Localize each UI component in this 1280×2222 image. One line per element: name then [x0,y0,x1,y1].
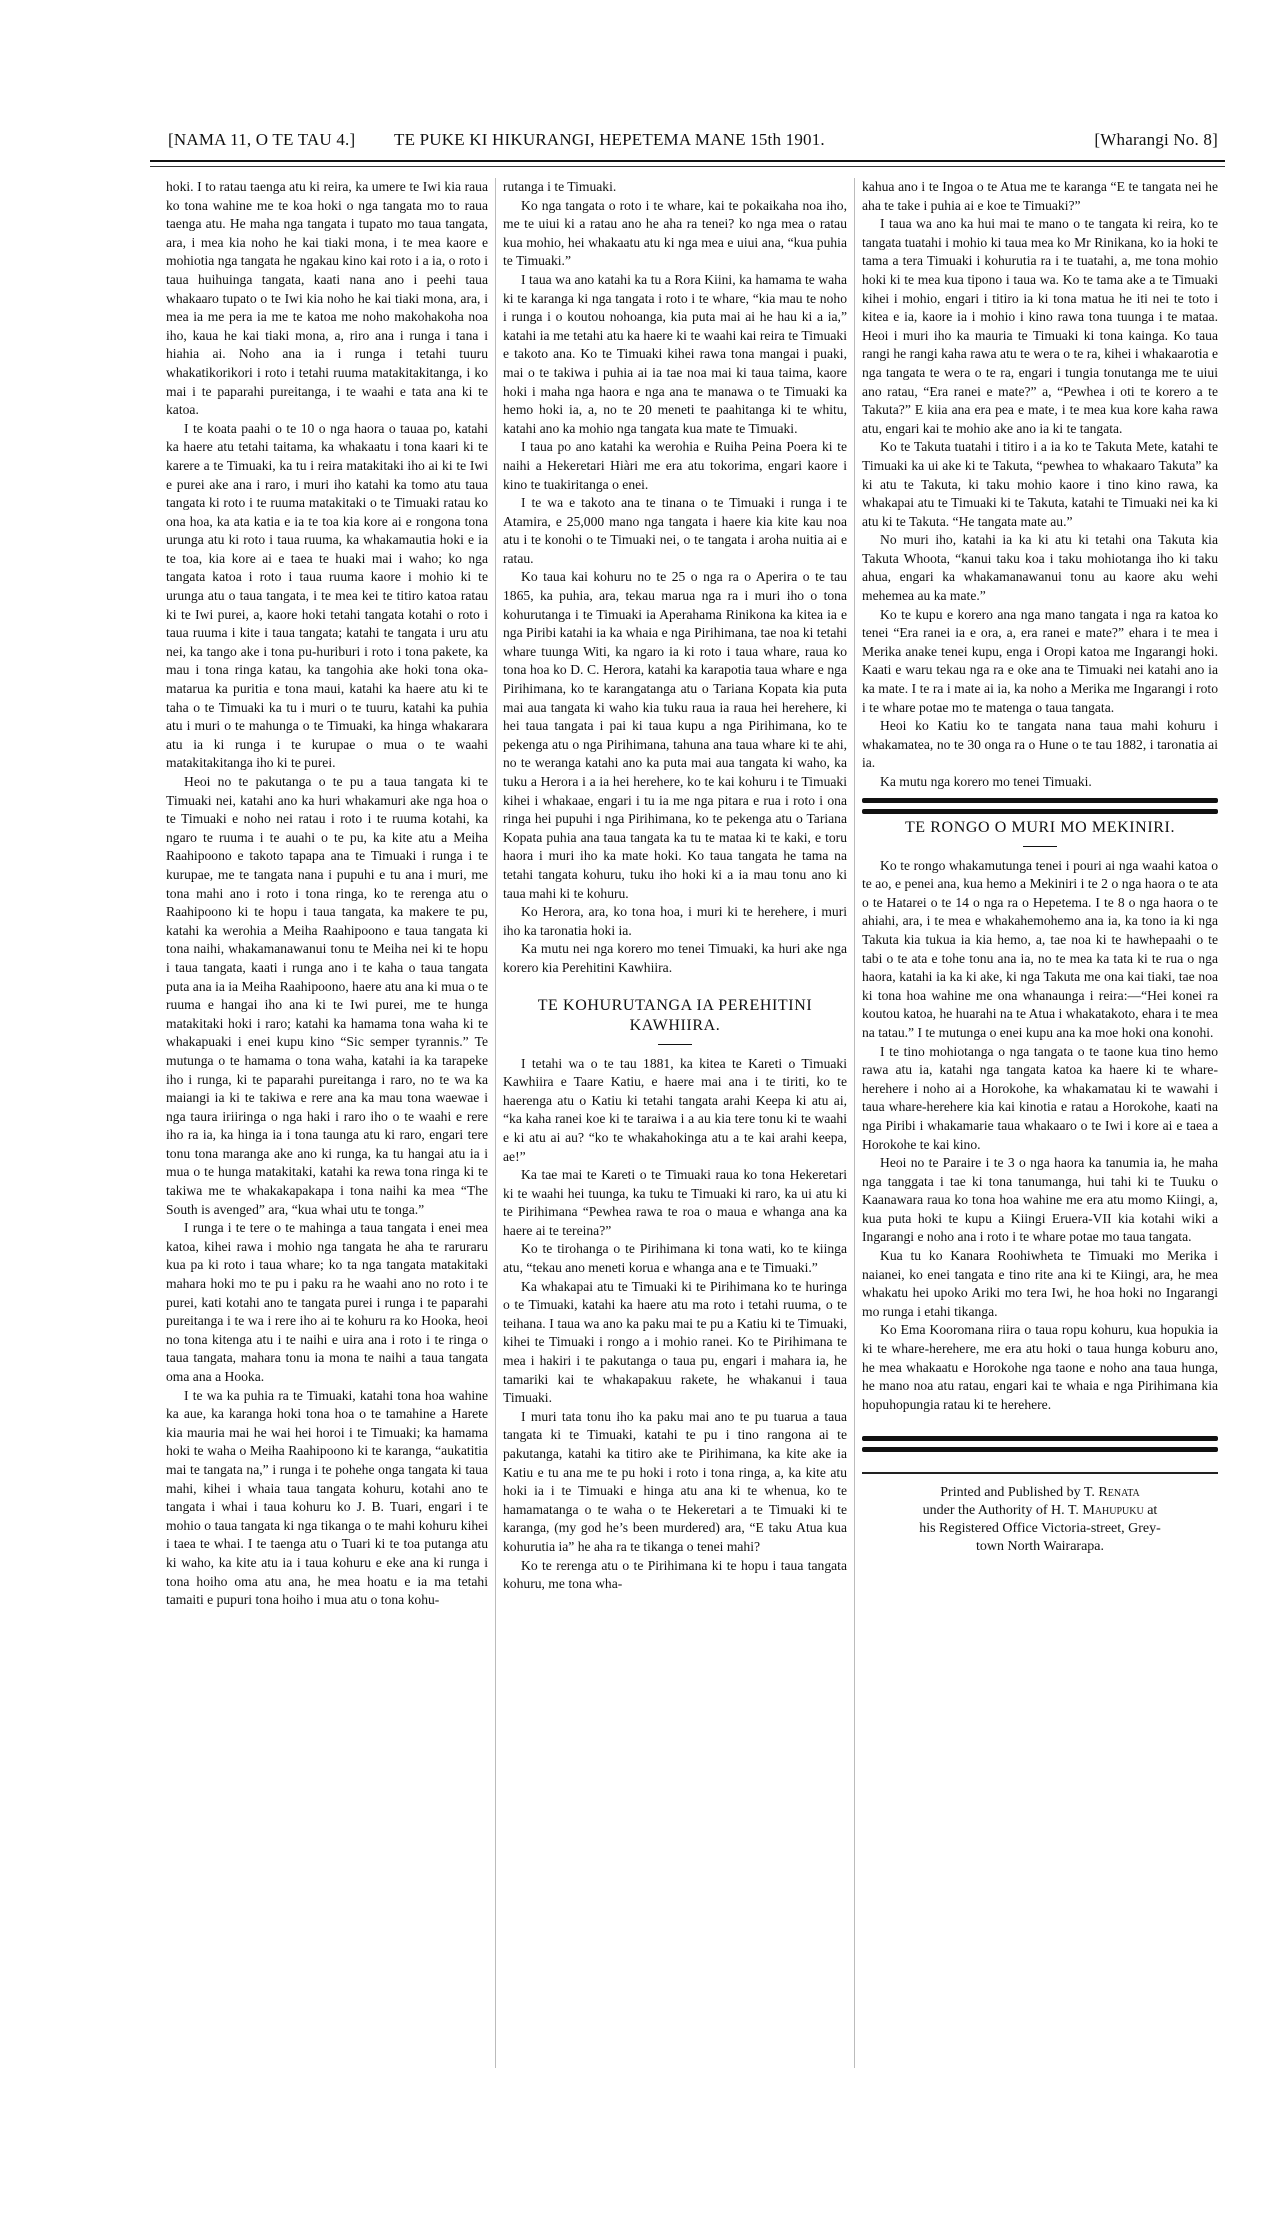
paragraph: Heoi no te pakutanga o te pu a taua tang… [166,773,488,1219]
masthead: [NAMA 11, O TE TAU 4.] TE PUKE KI HIKURA… [168,130,1218,154]
imprint-rule [862,1472,1218,1474]
closing-rule [862,1447,1218,1452]
paragraph: I muri tata tonu iho ka paku mai ano te … [503,1408,847,1557]
paragraph: Ko te kupu e korero ana nga mano tangata… [862,606,1218,718]
authority-name: Mahupuku [1082,1503,1143,1518]
paragraph: Heoi ko Katiu ko te tangata nana taua ma… [862,717,1218,773]
section-rule [862,798,1218,803]
paragraph: hoki. I to ratau taenga atu ki reira, ka… [166,178,488,420]
paragraph: Ko te rongo whakamutunga tenei i pouri a… [862,857,1218,1043]
paragraph: Ko te rerenga atu o te Pirihimana ki te … [503,1557,847,1594]
paragraph: Heoi no te Paraire i te 3 o nga haora ka… [862,1154,1218,1247]
paragraph: I te koata paahi o te 10 o nga haora o t… [166,420,488,773]
imprint-line-1: Printed and Published by T. Renata [862,1484,1218,1502]
paragraph: I te tino mohiotanga o nga tangata o te … [862,1043,1218,1155]
printer-name: Renata [1098,1485,1139,1500]
masthead-rule [150,160,1225,162]
imprint-line-4: town North Wairarapa. [862,1538,1218,1556]
paragraph: rutanga i te Timuaki. [503,178,847,197]
paragraph: I te wa ka puhia ra te Timuaki, katahi t… [166,1387,488,1610]
column-1: hoki. I to ratau taenga atu ki reira, ka… [166,178,488,1610]
section-rule [862,809,1218,814]
paragraph: I taua wa ano ka hui mai te mano o te ta… [862,215,1218,438]
closing-rule [862,1436,1218,1441]
paragraph: Ko nga tangata o roto i te whare, kai te… [503,197,847,271]
paragraph: Ka tae mai te Kareti o te Timuaki raua k… [503,1166,847,1240]
paragraph: Kua tu ko Kanara Roohiwheta te Timuaki m… [862,1247,1218,1321]
paragraph: Ko Herora, ara, ko tona hoa, i muri ki t… [503,903,847,940]
paragraph: I taua po ano katahi ka werohia e Ruiha … [503,438,847,494]
newspaper-title: TE PUKE KI HIKURANGI, HEPETEMA MANE 15th… [394,130,825,150]
paragraph: I runga i te tere o te mahinga a taua ta… [166,1219,488,1386]
masthead-rule-thin [150,166,1225,167]
paragraph: Ko Ema Kooromana riira o taua ropu kohur… [862,1321,1218,1414]
paragraph: I tetahi wa o te tau 1881, ka kitea te K… [503,1055,847,1167]
paragraph: kahua ano i te Ingoa o te Atua me te kar… [862,178,1218,215]
column-3: kahua ano i te Ingoa o te Atua me te kar… [862,178,1218,1556]
paragraph: Ka mutu nga korero mo tenei Timuaki. [862,773,1218,792]
paragraph: Ko te Takuta tuatahi i titiro i a ia ko … [862,438,1218,531]
publisher-imprint: Printed and Published by T. Renata under… [862,1484,1218,1556]
heading-dash [658,1044,692,1045]
paragraph: I te wa e takoto ana te tinana o te Timu… [503,494,847,568]
imprint-line-2: under the Authority of H. T. Mahupuku at [862,1502,1218,1520]
column-divider [495,178,496,2068]
paragraph: I taua wa ano katahi ka tu a Rora Kiini,… [503,271,847,438]
issue-number: [NAMA 11, O TE TAU 4.] [168,130,355,150]
paragraph: Ko taua kai kohuru no te 25 o nga ra o A… [503,568,847,903]
section-heading-mekiniri: TE RONGO O MURI MO MEKINIRI. [862,818,1218,838]
column-divider [854,178,855,2068]
page-number: [Wharangi No. 8] [1094,130,1218,150]
section-heading-kawhiira: TE KOHURUTANGA IA PEREHITINI KAWHIIRA. [503,996,847,1036]
column-2: rutanga i te Timuaki. Ko nga tangata o r… [503,178,847,1594]
paragraph: Ko te tirohanga o te Pirihimana ki tona … [503,1240,847,1277]
paragraph: No muri iho, katahi ia ka ki atu ki teta… [862,531,1218,605]
paragraph: Ka whakapai atu te Timuaki ki te Pirihim… [503,1278,847,1408]
paragraph: Ka mutu nei nga korero mo tenei Timuaki,… [503,940,847,977]
imprint-line-3: his Registered Office Victoria-street, G… [862,1520,1218,1538]
heading-dash [1023,846,1057,847]
